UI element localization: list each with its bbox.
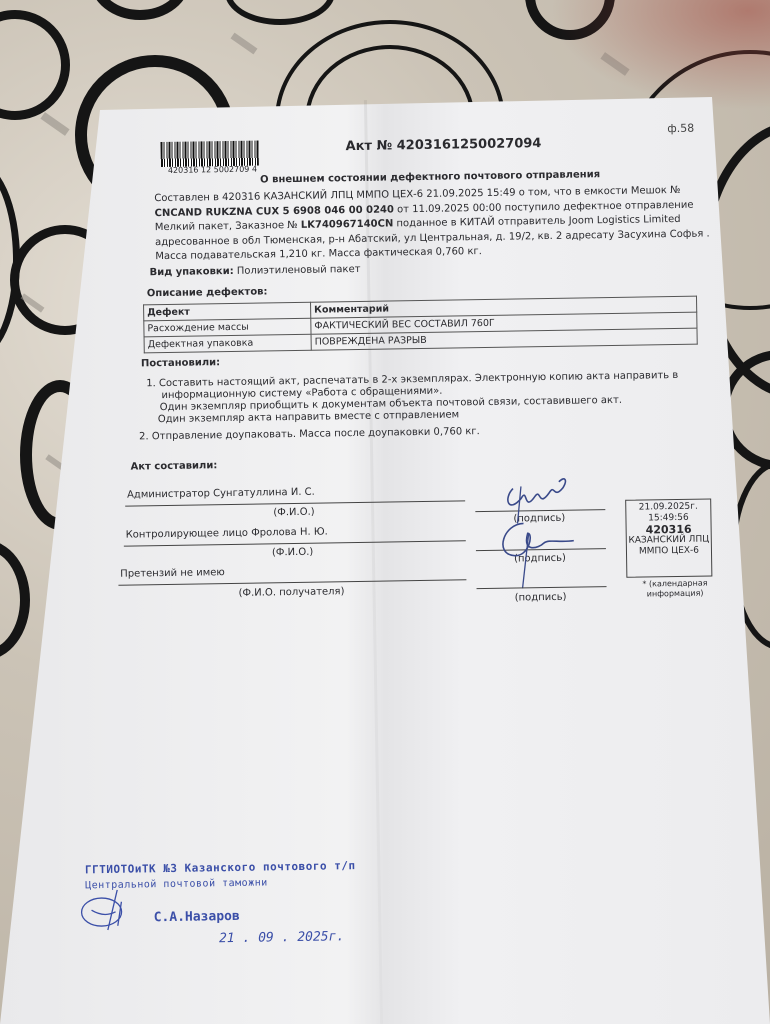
barcode-number: 420316 12 5002709 4 (168, 165, 257, 175)
stamp-date: 21.09.2025г. (626, 501, 710, 513)
packaging-label: Вид упаковки: (149, 266, 233, 278)
signatory-2-name-caption: (Ф.И.О.) (272, 547, 313, 559)
defects-table: Дефект Комментарий Расхождение массы ФАК… (143, 296, 698, 354)
defect-cell: Дефектная упаковка (144, 334, 311, 353)
act-body-paragraph: Составлен в 420316 КАЗАНСКИЙ ЛПЦ ММПО ЦЕ… (154, 183, 710, 264)
form-code: ф.58 (667, 122, 694, 135)
signature-2-icon (483, 512, 584, 594)
recipient-name-caption: (Ф.И.О. получателя) (238, 586, 344, 599)
tracking-number: LK740967140CN (301, 218, 394, 230)
customs-officer-name: С.А.Назаров (154, 909, 240, 925)
customs-stamp-line1: ГГТИОТОиТК №3 Казанского почтового т/п (85, 859, 356, 876)
decided-heading: Постановили: (141, 357, 220, 369)
recipient-sign-caption: (подпись) (515, 592, 567, 604)
decision-item-2: 2. Отправление доупаковать. Масса после … (139, 426, 480, 444)
packaging-value: Полиэтиленовый пакет (237, 264, 361, 277)
signatory-1-name-caption: (Ф.И.О.) (273, 507, 314, 519)
calendar-note: * (календарная информация) (637, 578, 712, 599)
signatory-1-role: Администратор Сунгатуллина И. С. (127, 487, 315, 501)
packaging-type: Вид упаковки: Полиэтиленовый пакет (149, 264, 360, 278)
act-document: 420316 12 5002709 4 ф.58 Акт № 420316125… (0, 0, 770, 1024)
act-number: 4203161250027094 (397, 136, 542, 153)
signatory-2-role: Контролирующее лицо Фролова Н. Ю. (126, 526, 328, 540)
customs-handwritten-date: 21 . 09 . 2025г. (219, 929, 344, 946)
signatory-3-role: Претензий не имею (120, 567, 225, 580)
act-subtitle: О внешнем состоянии дефектного почтового… (260, 169, 600, 185)
calendar-stamp: 21.09.2025г. 15:49:56 420316 КАЗАНСКИЙ Л… (625, 498, 712, 577)
act-title-prefix: Акт № (345, 138, 392, 154)
stamp-office-line2: ММПО ЦЕХ-6 (627, 545, 711, 557)
bag-number: CNCAND RUKZNA CUX 5 6908 046 00 0240 (155, 204, 394, 219)
defects-heading: Описание дефектов: (147, 286, 268, 299)
act-title: Акт № 4203161250027094 (345, 136, 541, 154)
customs-signature-icon (77, 889, 158, 935)
barcode-image (160, 141, 258, 168)
compiled-by-heading: Акт составили: (131, 460, 218, 472)
